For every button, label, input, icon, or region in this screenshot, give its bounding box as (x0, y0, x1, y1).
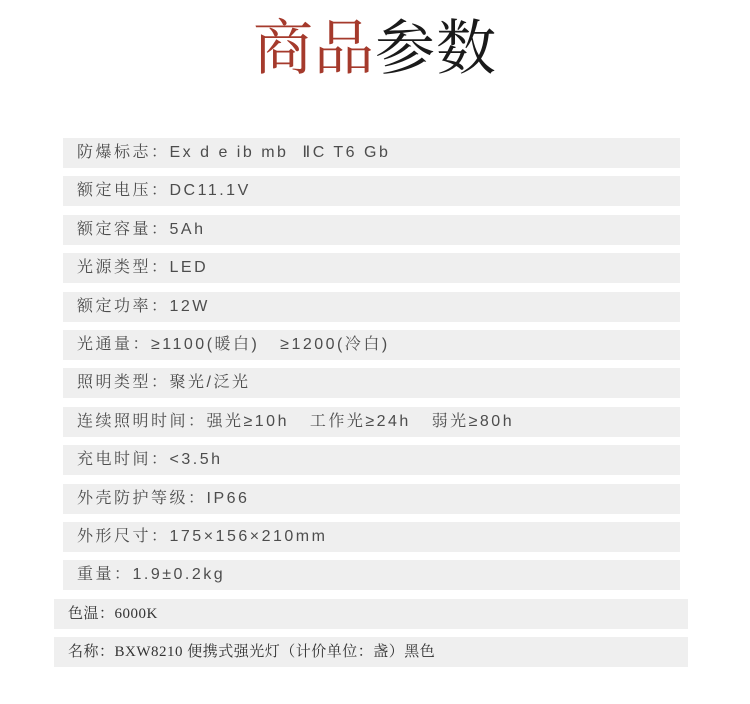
spec-row-light-source-type: 光源类型：LED (63, 253, 680, 283)
spec-row-ip-rating: 外壳防护等级：IP66 (63, 484, 680, 514)
spec-row-rated-capacity: 额定容量：5Ah (63, 215, 680, 245)
spec-row-product-name: 名称：BXW8210 便携式强光灯（计价单位：盏）黑色 (54, 637, 688, 667)
spec-row-dimensions: 外形尺寸：175×156×210mm (63, 522, 680, 552)
spec-row-rated-power: 额定功率：12W (63, 292, 680, 322)
spec-row-weight: 重量：1.9±0.2kg (63, 560, 680, 590)
spec-row-explosion-proof-mark: 防爆标志：Ex d e ib mb ⅡC T6 Gb (63, 138, 680, 168)
page-title: 商品参数 (0, 16, 750, 82)
spec-row-luminous-flux: 光通量：≥1100(暖白) ≥1200(冷白) (63, 330, 680, 360)
spec-list: 防爆标志：Ex d e ib mb ⅡC T6 Gb 额定电压：DC11.1V … (0, 138, 750, 675)
spec-row-continuous-lighting-time: 连续照明时间：强光≥10h 工作光≥24h 弱光≥80h (63, 407, 680, 437)
spec-row-lighting-type: 照明类型：聚光/泛光 (63, 368, 680, 398)
title-accent: 商品 (253, 15, 375, 82)
spec-row-rated-voltage: 额定电压：DC11.1V (63, 176, 680, 206)
spec-row-charging-time: 充电时间：<3.5h (63, 445, 680, 475)
page: { "title": { "accent_text": "商品", "rest_… (0, 0, 750, 704)
title-rest: 参数 (375, 15, 497, 82)
spec-row-color-temperature: 色温：6000K (54, 599, 688, 629)
